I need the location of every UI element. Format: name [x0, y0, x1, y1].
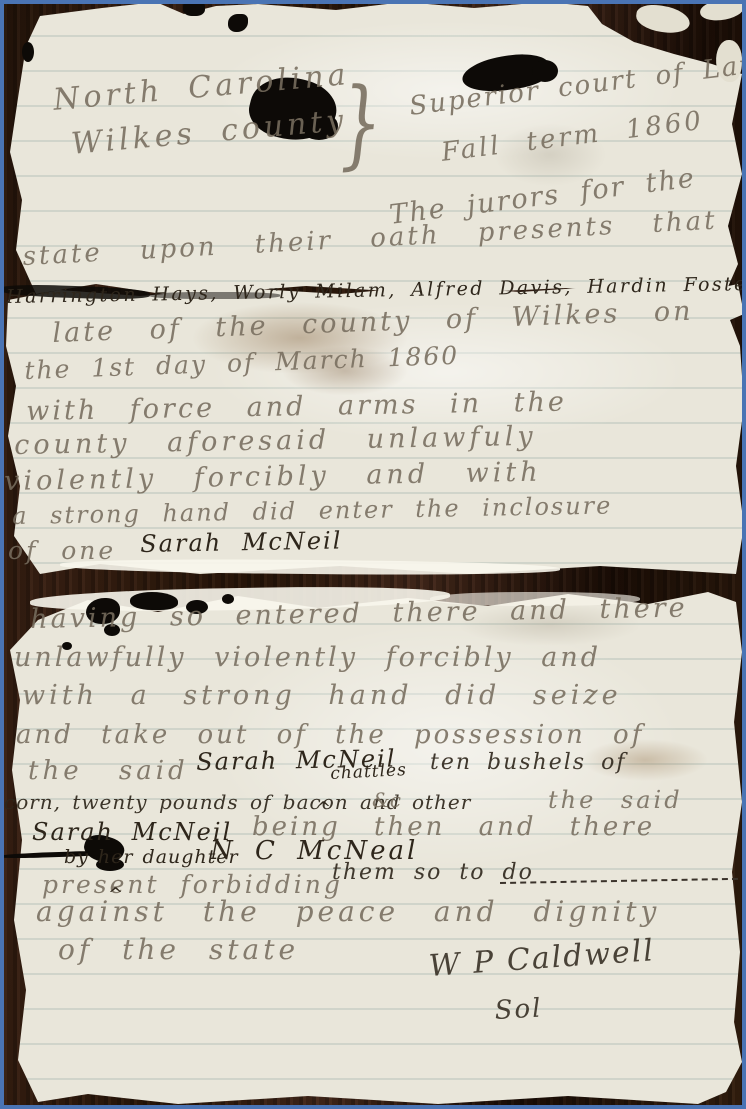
of-the-state-line: of the state: [58, 936, 299, 964]
of-one-line: of one: [8, 538, 116, 563]
signature-sol-title: Sol: [494, 995, 543, 1023]
them-so-to-do-line: them so to do: [332, 862, 534, 884]
violently-line: violently forcibly and with: [4, 459, 542, 495]
date-line: the 1st day of March 1860: [24, 343, 460, 383]
corn-bacon-line: corn, twenty pounds of bacon and other: [4, 792, 471, 812]
having-entered-line: having so entered there and there: [30, 595, 688, 633]
the-said-line-1: the said: [28, 758, 189, 784]
jurors-line-2: state upon their oath presents that: [22, 208, 718, 270]
handwriting-layer: North Carolina Wilkes county } Superior …: [0, 0, 746, 1109]
header-county-line: Wilkes county: [70, 106, 348, 160]
name-sarah-mcneil-3: Sarah McNeil: [32, 820, 232, 844]
brace-mark: }: [338, 74, 383, 172]
header-term-line: Fall term 1860: [440, 108, 705, 166]
signature-solicitor: W P Caldwell: [428, 936, 656, 982]
against-peace-line: against the peace and dignity: [36, 898, 660, 926]
etc-mark: &c: [372, 790, 401, 810]
trailing-dash-rule: [500, 878, 738, 884]
insert-chattles: chattles: [330, 762, 407, 783]
present-forbidding-line: present forbidding: [42, 872, 343, 897]
possession-line: and take out of the possession of: [16, 722, 644, 748]
seize-line: with a strong hand did seize: [22, 682, 622, 709]
force-arms-line: with force and arms in the: [26, 389, 567, 425]
unlawfully-line: unlawfully violently forcibly and: [14, 644, 601, 671]
the-said-line-2: the said: [548, 788, 683, 812]
ten-bushels-line: ten bushels of: [430, 752, 626, 774]
county-aforesaid-line: county aforesaid unlawfuly: [14, 423, 537, 459]
document-photo: North Carolina Wilkes county } Superior …: [0, 0, 746, 1109]
enter-inclosure-line: a strong hand did enter the inclosure: [12, 494, 613, 528]
name-sarah-mcneil-1: Sarah McNeil: [140, 528, 343, 556]
